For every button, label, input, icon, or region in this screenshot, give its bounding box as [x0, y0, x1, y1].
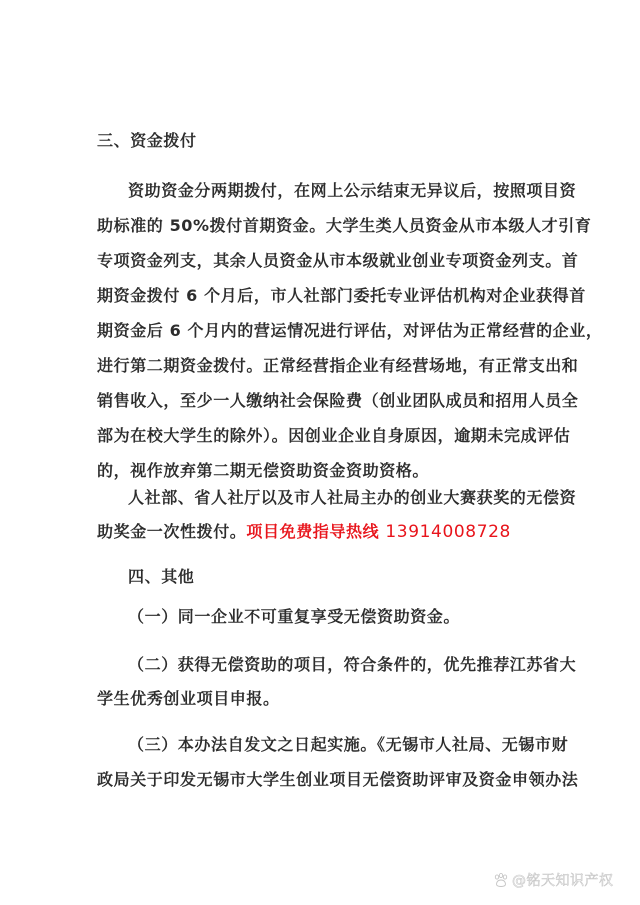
section-3-para1-line2: 助标准的 50%拨付首期资金。大学生类人员资金从市本级人才引育 [97, 216, 591, 236]
hotline-number: 13914008728 [385, 522, 511, 542]
paw-logo-icon [493, 872, 509, 888]
section-4-heading: 四、其他 [128, 567, 194, 587]
section-3-para1-line8: 部为在校大学生的除外）。因创业企业自身原因，逾期未完成评估 [97, 426, 570, 446]
section-3-para1-line9: 的，视作放弃第二期无偿资助资金资助资格。 [97, 461, 429, 481]
section-3-para1-line5: 期资金后 6 个月内的营运情况进行评估，对评估为正常经营的企业， [97, 321, 602, 341]
section-4-item3-line1: （三）本办法自发文之日起实施。《无锡市人社局、无锡市财 [128, 735, 568, 755]
hotline-label: 项目免费指导热线 [246, 522, 379, 541]
para2-text: 助奖金一次性拨付。 [97, 522, 246, 541]
watermark-text: @铭天知识产权 [512, 870, 614, 890]
section-4-item1: （一）同一企业不可重复享受无偿资助资金。 [128, 607, 460, 627]
section-3-para2-line1: 人社部、省人社厅以及市人社局主办的创业大赛获奖的无偿资 [128, 488, 576, 508]
section-3-para1-line1: 资助资金分两期拨付，在网上公示结束无异议后，按照项目资 [128, 181, 576, 201]
section-3-heading: 三、资金拨付 [97, 131, 197, 151]
section-3-para1-line6: 进行第二期资金拨付。正常经营指企业有经营场地，有正常支出和 [97, 356, 578, 376]
section-4-item2-line1: （二）获得无偿资助的项目，符合条件的，优先推荐江苏省大 [128, 655, 576, 675]
section-3-para1-line4: 期资金拨付 6 个月后，市人社部门委托专业评估机构对企业获得首 [97, 286, 586, 306]
section-3-para1-line3: 专项资金列支，其余人员资金从市本级就业创业专项资金列支。首 [97, 251, 578, 271]
section-4-item3-line2: 政局关于印发无锡市大学生创业项目无偿资助评审及资金申领办法 [97, 770, 578, 790]
section-3-para2-line2: 助奖金一次性拨付。项目免费指导热线 13914008728 [97, 522, 511, 542]
document-page: 三、资金拨付 资助资金分两期拨付，在网上公示结束无异议后，按照项目资 助标准的 … [0, 0, 640, 905]
watermark: @铭天知识产权 [493, 870, 614, 890]
section-3-para1-line7: 销售收入，至少一人缴纳社会保险费（创业团队成员和招用人员全 [97, 391, 578, 411]
section-4-item2-line2: 学生优秀创业项目申报。 [97, 689, 280, 709]
